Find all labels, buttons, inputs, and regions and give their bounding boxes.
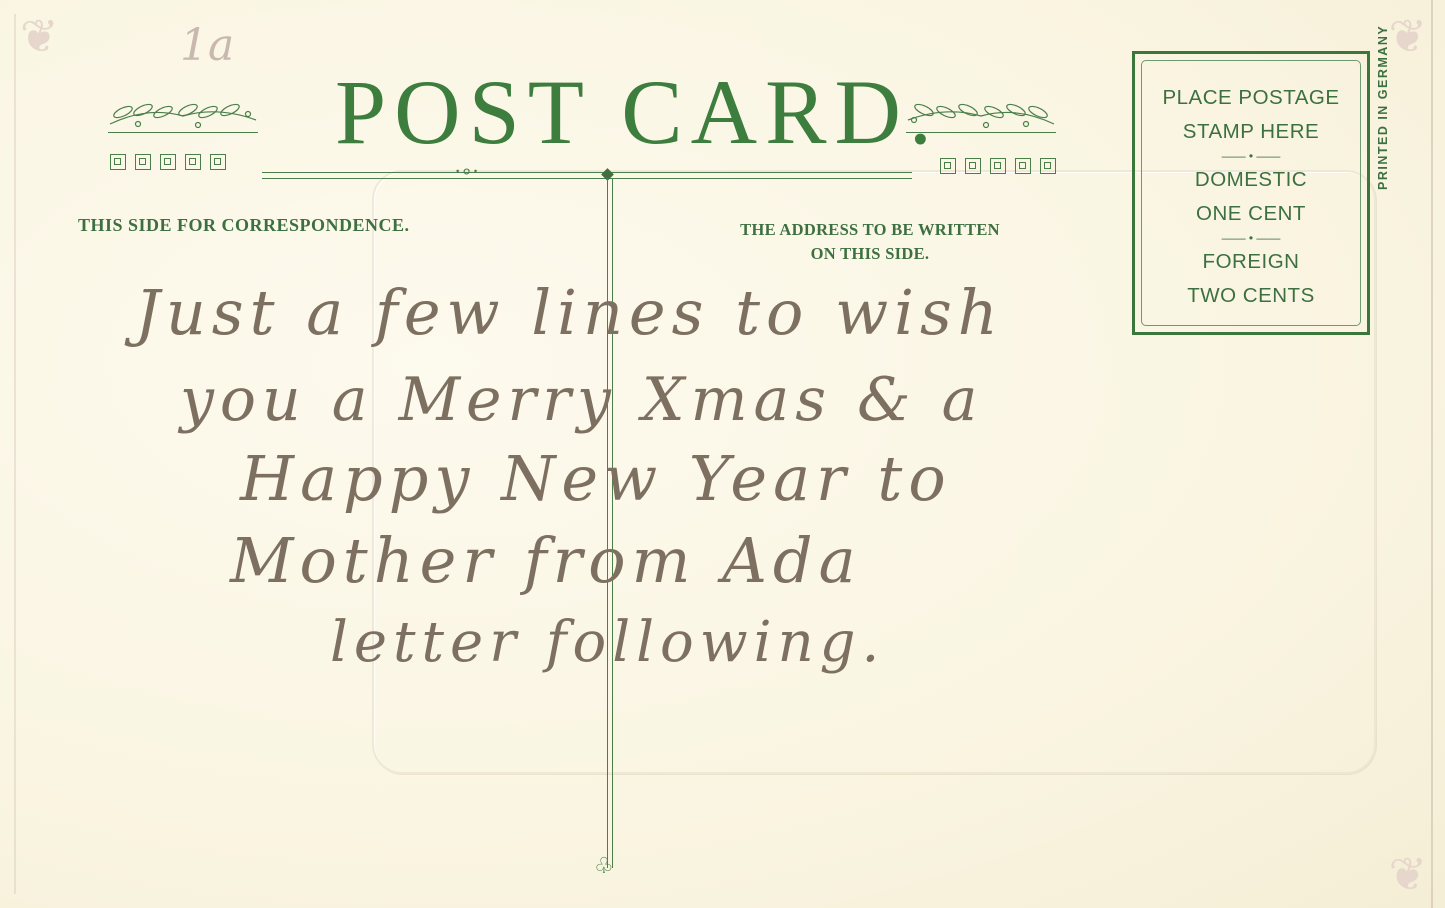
laurel-ornament-left-icon [108,96,258,133]
square-ornament-icon [135,154,151,170]
square-ornament-icon [1015,158,1031,174]
embossed-edge-right [1431,0,1433,908]
square-ornaments-right [940,158,1056,174]
stamp-box: PLACE POSTAGE STAMP HERE —— • —— DOMESTI… [1132,51,1370,335]
corner-scroll-icon-bottom-right: ❦ [1388,852,1427,898]
square-ornament-icon [110,154,126,170]
handwriting-line-3: Happy New Year to [240,448,952,510]
foot-ornament-icon: ♧ [594,855,614,877]
square-ornament-icon [185,154,201,170]
handwriting-line-5: letter following. [330,615,885,671]
divider-knot-icon: ⸱∘⸱ [455,162,478,182]
square-ornament-icon [160,154,176,170]
square-ornament-icon [210,154,226,170]
square-ornament-icon [990,158,1006,174]
stamp-text-domestic: DOMESTIC [1195,163,1307,197]
stamp-separator: —— • —— [1222,231,1281,245]
handwriting-line-1: Just a few lines to wish [135,282,1004,344]
stamp-text-two-cents: TWO CENTS [1187,279,1315,313]
stamp-separator: —— • —— [1222,149,1281,163]
stamp-text-one-cent: ONE CENT [1196,197,1306,231]
corner-scroll-icon-top-right: ❦ [1388,14,1427,60]
stamp-text-foreign: FOREIGN [1203,245,1300,279]
pencil-mark: 1a [180,20,234,71]
embossed-edge-left [14,14,16,894]
laurel-leaves-icon [108,96,258,132]
postcard-title: POST CARD. [335,66,940,158]
square-ornaments-left [110,154,226,170]
square-ornament-icon [1040,158,1056,174]
square-ornament-icon [940,158,956,174]
corner-scroll-icon-top-left: ❦ [20,14,59,60]
header-divider [262,172,912,179]
stamp-box-inner: PLACE POSTAGE STAMP HERE —— • —— DOMESTI… [1141,60,1361,326]
printed-in-germany-note: PRINTED IN GERMANY [1376,25,1390,190]
square-ornament-icon [965,158,981,174]
handwriting-line-4: Mother from Ada [230,530,862,592]
address-label: THE ADDRESS TO BE WRITTEN ON THIS SIDE. [680,218,1060,266]
handwriting-line-2: you a Merry Xmas & a [180,370,983,430]
address-label-line2: ON THIS SIDE. [680,242,1060,266]
address-label-line1: THE ADDRESS TO BE WRITTEN [680,218,1060,242]
stamp-text-place-postage: PLACE POSTAGE [1162,81,1339,115]
correspondence-label: THIS SIDE FOR CORRESPONDENCE. [78,215,410,236]
stamp-text-stamp-here: STAMP HERE [1183,115,1319,149]
postcard: ❦ ❦ ❦ 1a [0,0,1445,908]
